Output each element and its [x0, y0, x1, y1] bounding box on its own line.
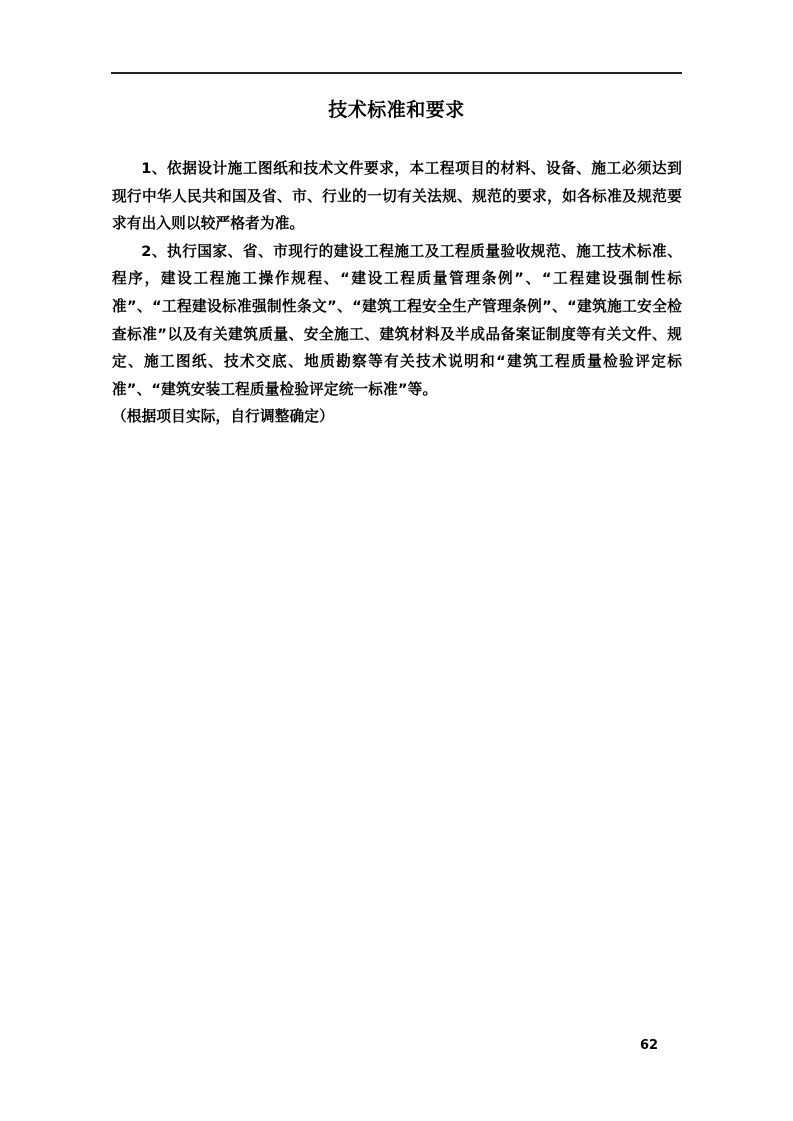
paragraph-2: 2、执行国家、省、市现行的建设工程施工及工程质量验收规范、施工技术标准、程序，建… — [112, 238, 682, 404]
page-number: 62 — [640, 1038, 658, 1053]
document-body: 1、依据设计施工图纸和技术文件要求，本工程项目的材料、设备、施工必须达到现行中华… — [112, 155, 682, 431]
adjustment-note: （根据项目实际，自行调整确定） — [112, 403, 682, 431]
paragraph-1: 1、依据设计施工图纸和技术文件要求，本工程项目的材料、设备、施工必须达到现行中华… — [112, 155, 682, 238]
page-title: 技术标准和要求 — [111, 97, 682, 123]
header-rule — [111, 72, 682, 74]
